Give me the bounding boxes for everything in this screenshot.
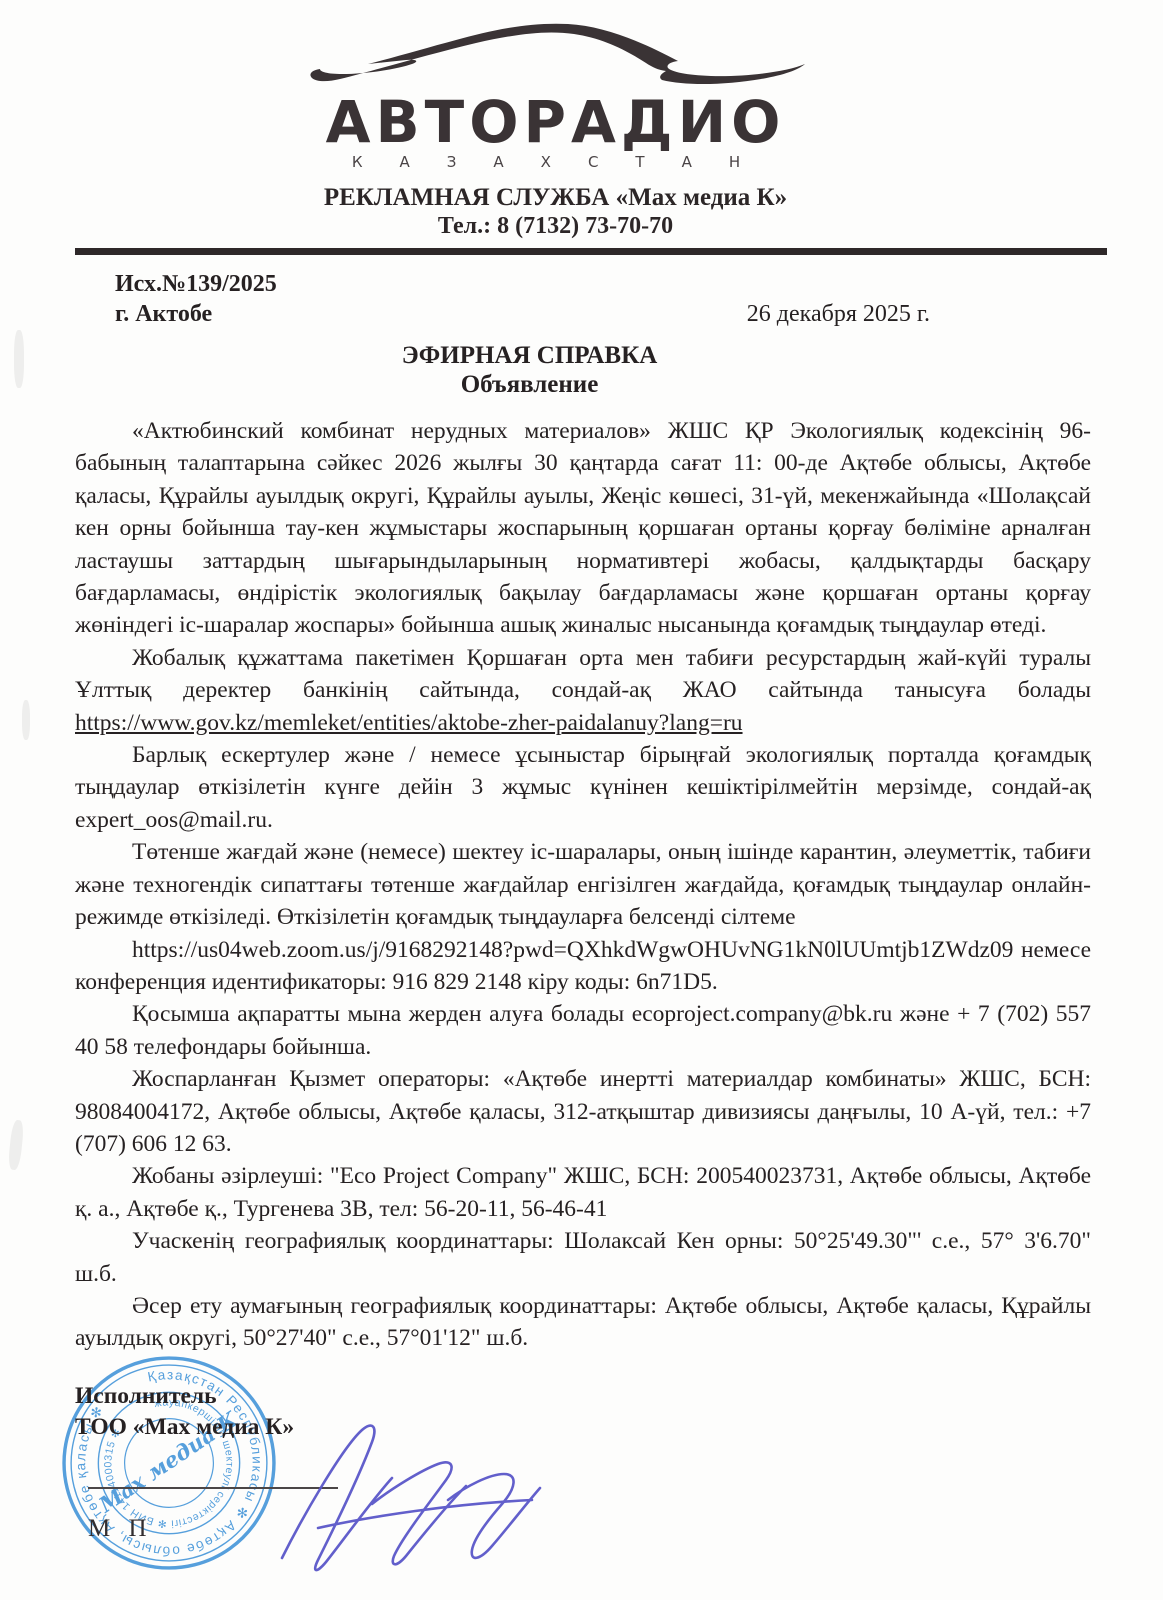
paragraph-text: Жобаны әзірлеуші: "Eco Project Company" …: [75, 1163, 1091, 1221]
paragraph-text: Жоспарланған Қызмет операторы: «Ақтөбе и…: [75, 1066, 1091, 1157]
phone-line: Тел.: 8 (7132) 73-70-70: [438, 212, 673, 240]
scanned-document-page: АВТОРАДИО КАЗАХСТАН РЕКЛАМНАЯ СЛУЖБА «Ма…: [0, 0, 1163, 1600]
paragraph: Барлық ескертулер және / немесе ұсыныста…: [75, 739, 1091, 836]
handwritten-signature: [222, 1408, 582, 1578]
city: г. Актобе: [115, 299, 277, 329]
service-line: РЕКЛАМНАЯ СЛУЖБА «Мах медиа К»: [324, 184, 787, 212]
paragraph: Учаскенің географиялық координаттары: Шо…: [75, 1225, 1091, 1290]
document-date: 26 декабря 2025 г.: [747, 299, 930, 329]
paragraph-text: https://us04web.zoom.us/j/9168292148?pwd…: [75, 937, 1091, 995]
reference-block: Исх.№139/2025 г. Актобе: [115, 269, 277, 329]
reference-row: Исх.№139/2025 г. Актобе 26 декабря 2025 …: [115, 269, 930, 329]
car-silhouette-icon: [306, 22, 806, 92]
logo-title: АВТОРАДИО: [326, 92, 786, 152]
paragraph-text: «Актюбинский комбинат нерудных материало…: [75, 418, 1091, 638]
scan-smudge: [7, 1120, 24, 1171]
paragraph-text: Төтенше жағдай және (немесе) шектеу іс-ш…: [75, 839, 1091, 930]
paragraph: Жобалық құжаттама пакетімен Қоршаған орт…: [75, 642, 1091, 739]
paragraph: «Актюбинский комбинат нерудных материало…: [75, 415, 1091, 642]
paragraph-text: Жобалық құжаттама пакетімен Қоршаған орт…: [75, 645, 1091, 703]
title-line1: ЭФИРНАЯ СПРАВКА: [0, 341, 1111, 370]
document-url: https://www.gov.kz/memleket/entities/akt…: [75, 710, 743, 736]
paragraph-text: Қосымша ақпаратты мына жерден алуға бола…: [75, 1001, 1091, 1059]
paragraph-text: Барлық ескертулер және / немесе ұсыныста…: [75, 742, 1091, 833]
paragraph: Жобаны әзірлеуші: "Eco Project Company" …: [75, 1160, 1091, 1225]
title-line2: Объявление: [0, 370, 1111, 399]
paragraph: https://us04web.zoom.us/j/9168292148?pwd…: [75, 934, 1091, 999]
logo-subtitle: КАЗАХСТАН: [334, 152, 777, 172]
letterhead: АВТОРАДИО КАЗАХСТАН РЕКЛАМНАЯ СЛУЖБА «Ма…: [0, 0, 1137, 240]
outgoing-number: Исх.№139/2025: [115, 269, 277, 299]
header-divider: [75, 248, 1107, 255]
paragraph: Жоспарланған Қызмет операторы: «Ақтөбе и…: [75, 1063, 1091, 1160]
scan-smudge: [22, 700, 30, 740]
paragraph: Қосымша ақпаратты мына жерден алуға бола…: [75, 998, 1091, 1063]
body-paragraphs: «Актюбинский комбинат нерудных материало…: [75, 415, 1091, 1355]
document-title: ЭФИРНАЯ СПРАВКА Объявление: [0, 341, 1111, 399]
paragraph-text: Учаскенің географиялық координаттары: Шо…: [75, 1228, 1091, 1286]
paragraph: Төтенше жағдай және (немесе) шектеу іс-ш…: [75, 836, 1091, 933]
